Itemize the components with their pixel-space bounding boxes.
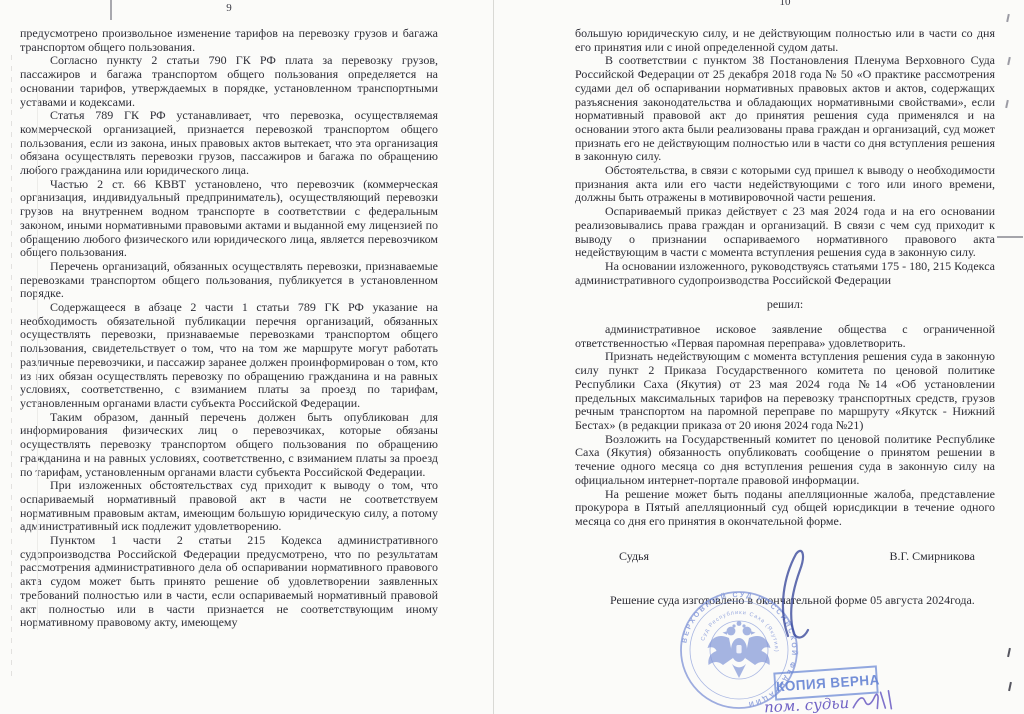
paragraph: Оспариваемый приказ действует с 23 мая 2… (575, 205, 995, 260)
paragraph: При изложенных обстоятельствах суд прихо… (20, 479, 438, 534)
paragraph: Частью 2 ст. 66 КВВТ установлено, что пе… (20, 178, 438, 260)
left-page-text: предусмотрено произвольное изменение тар… (20, 27, 438, 630)
scan-artifact (1007, 648, 1011, 657)
scan-artifact (11, 55, 12, 679)
right-page-resolution: административное исковое заявление общес… (575, 323, 995, 529)
paragraph: большую юридическую силу, и не действующ… (575, 27, 995, 54)
scan-artifact (1005, 100, 1009, 108)
paragraph: Пунктом 1 части 2 статьи 215 Кодекса адм… (20, 534, 438, 630)
resolution-heading: решил: (575, 298, 995, 312)
paragraph: Таким образом, данный перечень должен бы… (20, 411, 438, 480)
paragraph: Признать недействующим с момента вступле… (575, 350, 995, 432)
page-number-left: 9 (20, 2, 438, 14)
scan-artifact (493, 0, 494, 714)
paragraph: Возложить на Государственный комитет по … (575, 433, 995, 488)
scan-artifact (1007, 57, 1011, 65)
page-number-right: 10 (575, 0, 995, 8)
paragraph: На основании изложенного, руководствуясь… (575, 260, 995, 287)
scan-artifact (110, 0, 112, 20)
scan-artifact (1006, 14, 1010, 22)
scan-artifact (37, 90, 38, 630)
paragraph: Статья 789 ГК РФ устанавливает, что пере… (20, 109, 438, 178)
paragraph: В соответствии с пунктом 38 Постановлени… (575, 54, 995, 164)
double-headed-eagle-icon (708, 621, 771, 678)
paragraph: Перечень организаций, обязанных осуществ… (20, 260, 438, 301)
paragraph: предусмотрено произвольное изменение тар… (20, 27, 438, 54)
paragraph: Обстоятельства, в связи с которыми суд п… (575, 164, 995, 205)
paragraph: На решение может быть поданы апелляционн… (575, 488, 995, 529)
handwritten-note-text: пом. судьи (764, 694, 850, 714)
paragraph: Содержащееся в абзаце 2 части 1 статьи 7… (20, 301, 438, 411)
scan-artifact (1008, 682, 1012, 691)
paragraph: Согласно пункту 2 статьи 790 ГК РФ плата… (20, 54, 438, 109)
signature-role: Судья (575, 550, 649, 564)
judge-signature-stroke (770, 548, 822, 644)
judge-name: В.Г. Смирникова (889, 550, 995, 564)
right-page-text: большую юридическую силу, и не действующ… (575, 27, 995, 620)
paragraph: административное исковое заявление общес… (575, 323, 995, 350)
scanned-court-decision: 9 10 предусмотрено произвольное изменени… (0, 0, 1024, 714)
right-page-body: большую юридическую силу, и не действующ… (575, 27, 995, 287)
scan-artifact (997, 236, 1023, 238)
clerk-signature-stroke (851, 690, 894, 712)
